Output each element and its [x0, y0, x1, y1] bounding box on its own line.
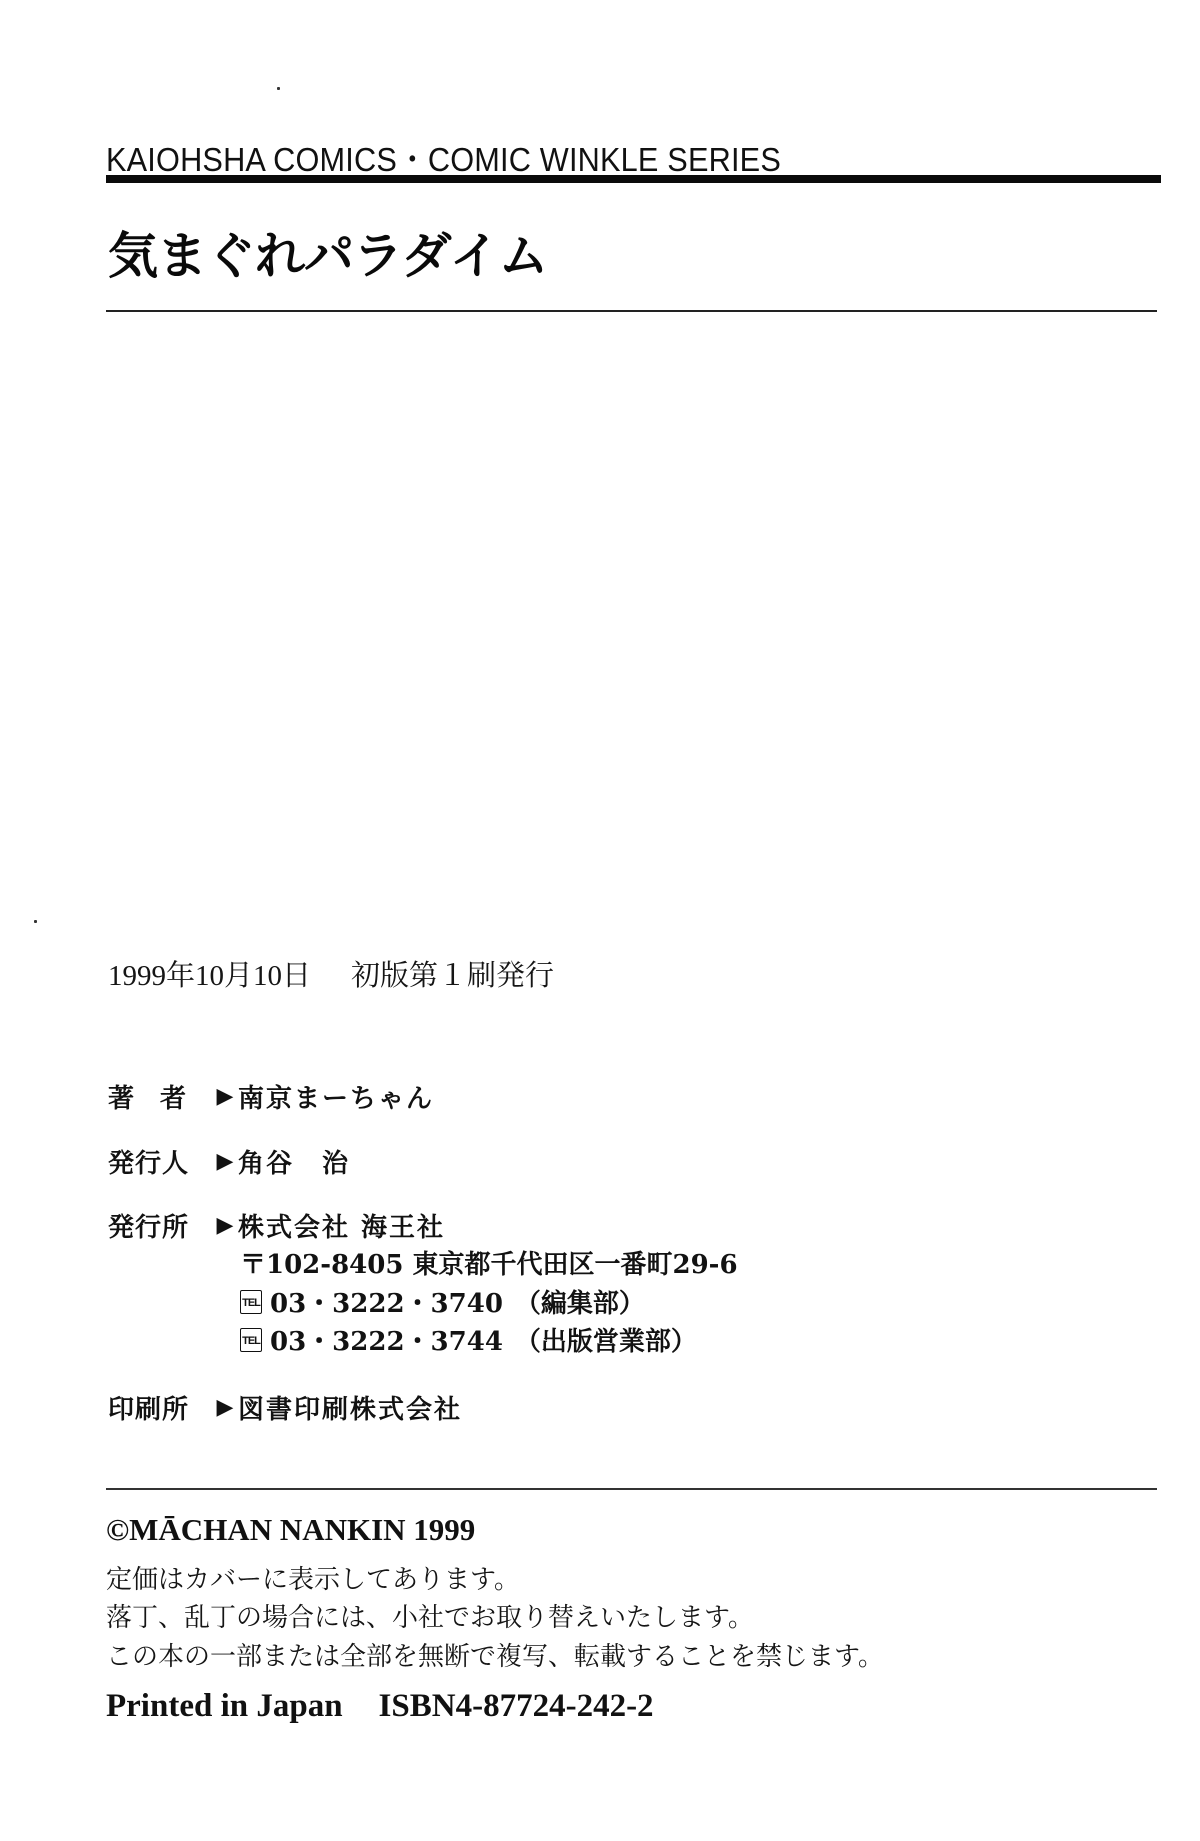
arrow-right-icon: ▶: [212, 1395, 238, 1420]
book-title: 気まぐれパラダイム: [108, 216, 548, 288]
printed-in: Printed in Japan: [106, 1688, 343, 1724]
defect-notice: 落丁、乱丁の場合には、小社でお取り替えいたします。: [106, 1597, 754, 1634]
arrow-right-icon: ▶: [212, 1084, 238, 1109]
phone-line-editorial: TEL 03・3222・3740 （編集部）: [240, 1283, 645, 1320]
printing-info: Printed in JapanISBN4-87724-242-2: [106, 1688, 654, 1725]
phone-department: （編集部）: [515, 1283, 645, 1320]
phone-department: （出版営業部）: [515, 1321, 697, 1358]
title-divider: [106, 310, 1157, 312]
price-notice: 定価はカバーに表示してあります。: [106, 1559, 520, 1596]
series-name: KAIOHSHA COMICS・COMIC WINKLE SERIES: [106, 134, 781, 181]
publisher-person-name: 角谷 治: [238, 1143, 350, 1180]
credit-label: 発行所: [108, 1207, 212, 1244]
credit-printer: 印刷所 ▶ 図書印刷株式会社: [108, 1389, 462, 1426]
print-speck: [277, 87, 280, 90]
print-speck: [34, 920, 37, 923]
phone-number: 03・3222・3740: [270, 1283, 503, 1320]
credit-publisher-person: 発行人 ▶ 角谷 治: [108, 1143, 350, 1180]
publisher-address: 〒102-8405 東京都千代田区一番町29-6: [240, 1244, 738, 1281]
phone-line-sales: TEL 03・3222・3744 （出版営業部）: [240, 1321, 697, 1358]
credit-label: 印刷所: [108, 1389, 212, 1426]
credit-publisher: 発行所 ▶ 株式会社 海王社: [108, 1207, 445, 1244]
credit-author: 著者 ▶ 南京まーちゃん: [108, 1078, 434, 1115]
publication-date: 1999年10月10日: [108, 960, 311, 992]
publication-date-line: 1999年10月10日初版第１刷発行: [108, 953, 554, 994]
author-name: 南京まーちゃん: [238, 1078, 434, 1115]
phone-number: 03・3222・3744: [270, 1321, 503, 1358]
copy-prohibition-notice: この本の一部または全部を無断で複写、転載することを禁じます。: [106, 1636, 884, 1673]
footer-divider: [106, 1488, 1157, 1490]
thick-divider: [106, 175, 1161, 183]
printer-name: 図書印刷株式会社: [238, 1389, 462, 1426]
arrow-right-icon: ▶: [212, 1213, 238, 1238]
arrow-right-icon: ▶: [212, 1149, 238, 1174]
telephone-icon: TEL: [240, 1328, 262, 1352]
publisher-name: 株式会社 海王社: [238, 1207, 445, 1244]
credit-label: 発行人: [108, 1143, 212, 1180]
telephone-icon: TEL: [240, 1290, 262, 1314]
edition-label: 初版第１刷発行: [351, 960, 554, 992]
isbn: ISBN4-87724-242-2: [379, 1688, 654, 1724]
copyright-notice: ©MĀCHAN NANKIN 1999: [106, 1512, 475, 1548]
credit-label: 著者: [108, 1078, 212, 1115]
